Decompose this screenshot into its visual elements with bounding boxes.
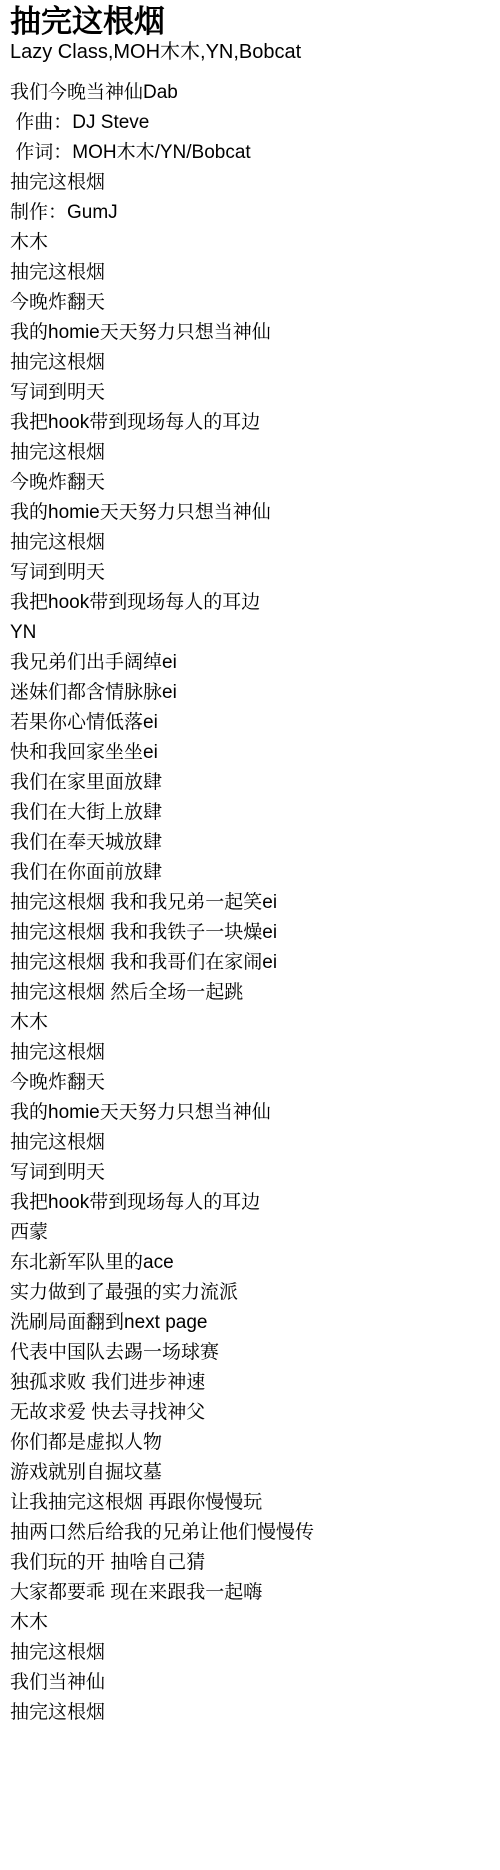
lyric-line: 大家都要乖 现在来跟我一起嗨 bbox=[10, 1578, 490, 1608]
lyric-line: 我们在奉天城放肆 bbox=[10, 828, 490, 858]
lyrics: 我们今晚当神仙Dab 作曲：DJ Steve 作词：MOH木木/YN/Bobca… bbox=[10, 78, 490, 1728]
lyric-line: 我把hook带到现场每人的耳边 bbox=[10, 408, 490, 438]
lyric-line: 实力做到了最强的实力流派 bbox=[10, 1278, 490, 1308]
lyric-line: 我的homie天天努力只想当神仙 bbox=[10, 318, 490, 348]
lyric-line: 木木 bbox=[10, 1008, 490, 1038]
lyric-line: 抽完这根烟 bbox=[10, 1038, 490, 1068]
lyric-line: 我兄弟们出手阔绰ei bbox=[10, 648, 490, 678]
lyric-line: 抽完这根烟 然后全场一起跳 bbox=[10, 978, 490, 1008]
lyric-line: 我们当神仙 bbox=[10, 1668, 490, 1698]
lyric-line: 抽完这根烟 bbox=[10, 258, 490, 288]
lyric-line: 迷妹们都含情脉脉ei bbox=[10, 678, 490, 708]
lyric-line: 抽完这根烟 我和我哥们在家闹ei bbox=[10, 948, 490, 978]
lyric-line: 抽完这根烟 bbox=[10, 438, 490, 468]
lyric-line: 我把hook带到现场每人的耳边 bbox=[10, 1188, 490, 1218]
lyric-line: 我们玩的开 抽啥自己猜 bbox=[10, 1548, 490, 1578]
lyric-line: 抽完这根烟 我和我铁子一块燥ei bbox=[10, 918, 490, 948]
lyric-line: 我们在家里面放肆 bbox=[10, 768, 490, 798]
lyric-line: 我们在大街上放肆 bbox=[10, 798, 490, 828]
lyric-line: 作曲：DJ Steve bbox=[10, 108, 490, 138]
lyric-line: 抽完这根烟 bbox=[10, 1698, 490, 1728]
lyric-line: 让我抽完这根烟 再跟你慢慢玩 bbox=[10, 1488, 490, 1518]
lyric-line: 作词：MOH木木/YN/Bobcat bbox=[10, 138, 490, 168]
lyric-line: 抽完这根烟 bbox=[10, 348, 490, 378]
lyric-line: 制作：GumJ bbox=[10, 198, 490, 228]
lyric-line: 我的homie天天努力只想当神仙 bbox=[10, 1098, 490, 1128]
lyric-line: 写词到明天 bbox=[10, 378, 490, 408]
lyric-line: 木木 bbox=[10, 1608, 490, 1638]
lyric-line: 你们都是虚拟人物 bbox=[10, 1428, 490, 1458]
lyric-line: 抽完这根烟 bbox=[10, 1638, 490, 1668]
lyric-line: 今晚炸翻天 bbox=[10, 1068, 490, 1098]
lyric-line: 抽完这根烟 bbox=[10, 528, 490, 558]
lyric-line: 独孤求败 我们进步神速 bbox=[10, 1368, 490, 1398]
lyric-line: 洗刷局面翻到next page bbox=[10, 1308, 490, 1338]
lyric-line: YN bbox=[10, 618, 490, 648]
lyric-line: 抽完这根烟 我和我兄弟一起笑ei bbox=[10, 888, 490, 918]
lyric-line: 木木 bbox=[10, 228, 490, 258]
lyric-line: 游戏就别自掘坟墓 bbox=[10, 1458, 490, 1488]
lyric-line: 快和我回家坐坐ei bbox=[10, 738, 490, 768]
lyric-line: 若果你心情低落ei bbox=[10, 708, 490, 738]
lyrics-page: 抽完这根烟 Lazy Class,MOH木木,YN,Bobcat 我们今晚当神仙… bbox=[0, 0, 500, 1728]
lyric-line: 西蒙 bbox=[10, 1218, 490, 1248]
lyric-line: 抽完这根烟 bbox=[10, 1128, 490, 1158]
lyric-line: 东北新军队里的ace bbox=[10, 1248, 490, 1278]
lyric-line: 抽完这根烟 bbox=[10, 168, 490, 198]
lyric-line: 写词到明天 bbox=[10, 558, 490, 588]
artist-names: Lazy Class,MOH木木,YN,Bobcat bbox=[10, 40, 490, 64]
lyric-line: 今晚炸翻天 bbox=[10, 468, 490, 498]
lyric-line: 抽两口然后给我的兄弟让他们慢慢传 bbox=[10, 1518, 490, 1548]
lyric-line: 代表中国队去踢一场球赛 bbox=[10, 1338, 490, 1368]
lyric-line: 写词到明天 bbox=[10, 1158, 490, 1188]
lyric-line: 无故求爱 快去寻找神父 bbox=[10, 1398, 490, 1428]
lyric-line: 我们今晚当神仙Dab bbox=[10, 78, 490, 108]
song-title: 抽完这根烟 bbox=[10, 4, 490, 40]
lyric-line: 我们在你面前放肆 bbox=[10, 858, 490, 888]
lyric-line: 我把hook带到现场每人的耳边 bbox=[10, 588, 490, 618]
lyric-line: 今晚炸翻天 bbox=[10, 288, 490, 318]
lyric-line: 我的homie天天努力只想当神仙 bbox=[10, 498, 490, 528]
